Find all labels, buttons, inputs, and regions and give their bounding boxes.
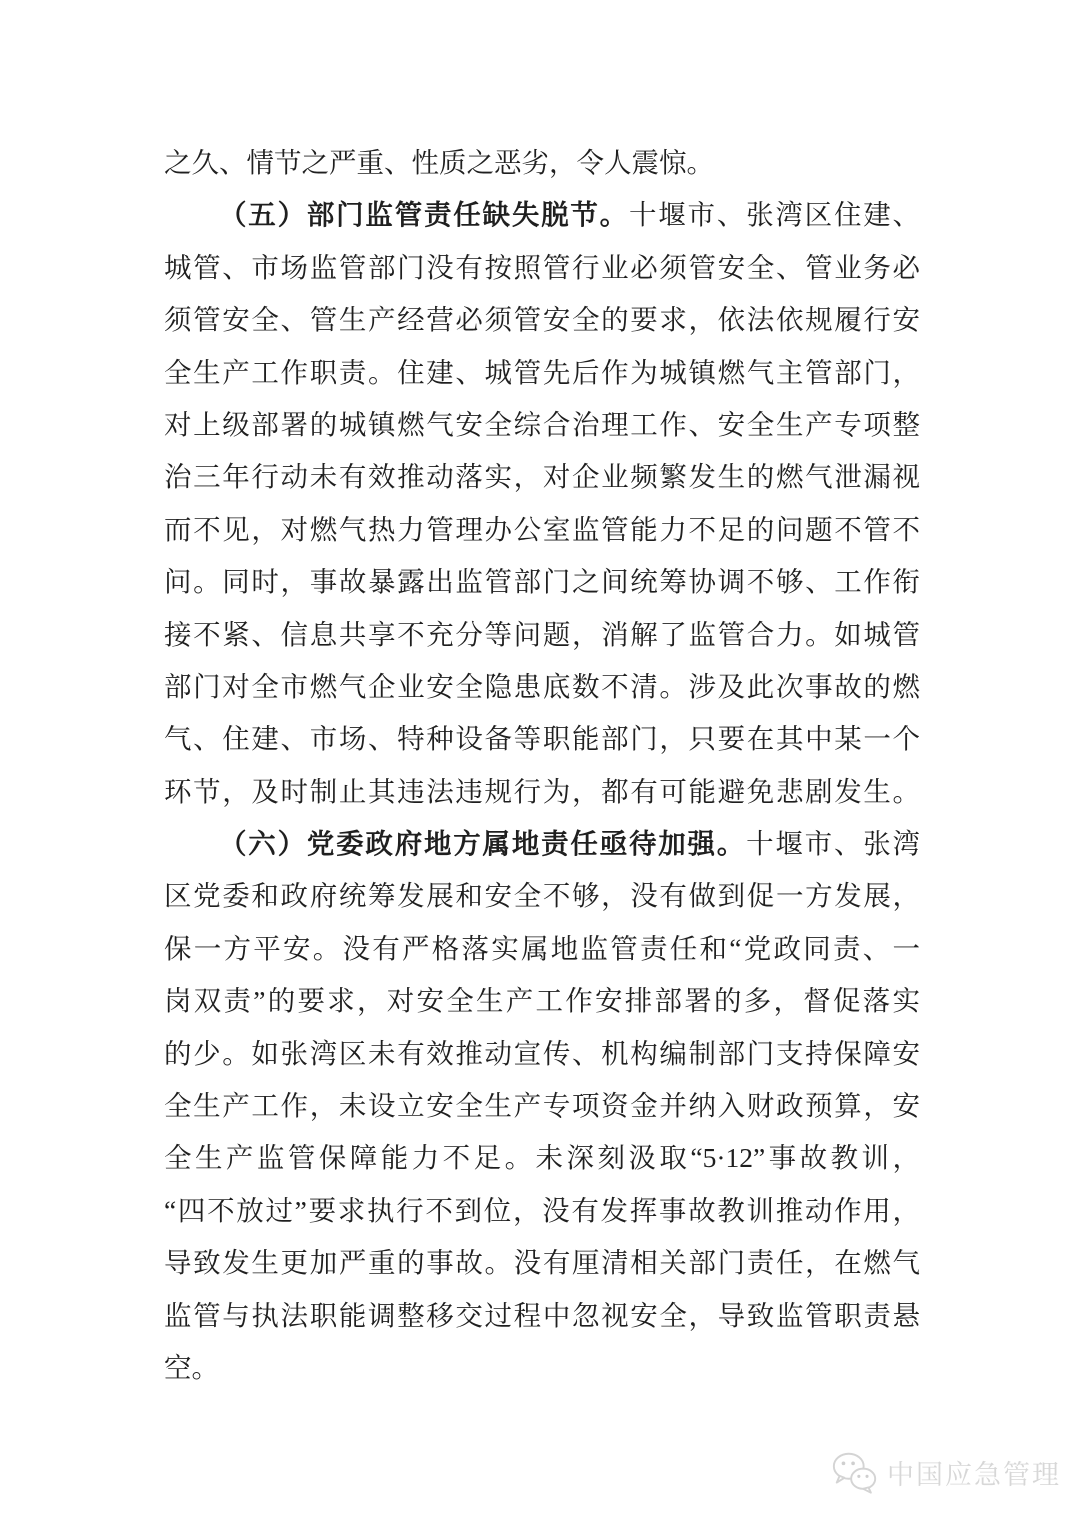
body-text: 导致发生更加严重的事故。没有厘清相关部门责任，在燃气 bbox=[164, 1247, 920, 1278]
text-line: 监管与执法职能调整移交过程中忽视安全，导致监管职责悬 bbox=[164, 1290, 920, 1342]
body-text: 问。同时，事故暴露出监管部门之间统筹协调不够、工作衔 bbox=[164, 566, 920, 597]
body-text: 环节，及时制止其违法违规行为，都有可能避免悲剧发生。 bbox=[164, 776, 920, 807]
body-text: 而不见，对燃气热力管理办公室监管能力不足的问题不管不 bbox=[164, 514, 920, 545]
body-text: 区党委和政府统筹发展和安全不够，没有做到促一方发展， bbox=[164, 880, 920, 911]
body-text: 对上级部署的城镇燃气安全综合治理工作、安全生产专项整 bbox=[164, 409, 920, 440]
document-body: 之久、情节之严重、性质之恶劣，令人震惊。（五）部门监管责任缺失脱节。十堰市、张湾… bbox=[164, 137, 920, 1394]
text-line: 保一方平安。没有严格落实属地监管责任和“党政同责、一 bbox=[164, 923, 920, 975]
section-heading-text: （五）部门监管责任缺失脱节。 bbox=[219, 199, 629, 230]
body-text: 治三年行动未有效推动落实，对企业频繁发生的燃气泄漏视 bbox=[164, 461, 920, 492]
text-line: （六）党委政府地方属地责任亟待加强。十堰市、张湾 bbox=[164, 818, 920, 870]
section-heading-text: （六）党委政府地方属地责任亟待加强。 bbox=[219, 828, 746, 859]
body-text: 城管、市场监管部门没有按照管行业必须管安全、管业务必 bbox=[164, 252, 920, 283]
body-text: 之久、情节之严重、性质之恶劣，令人震惊。 bbox=[164, 147, 714, 178]
text-line: 全生产工作，未设立安全生产专项资金并纳入财政预算，安 bbox=[164, 1080, 920, 1132]
text-line: （五）部门监管责任缺失脱节。十堰市、张湾区住建、 bbox=[164, 189, 920, 241]
body-text: 全生产工作，未设立安全生产专项资金并纳入财政预算，安 bbox=[164, 1090, 920, 1121]
wechat-logo-icon bbox=[830, 1449, 880, 1495]
body-text: 空。 bbox=[164, 1352, 219, 1383]
body-text: 全生产工作职责。住建、城管先后作为城镇燃气主管部门， bbox=[164, 357, 920, 388]
text-line: 城管、市场监管部门没有按照管行业必须管安全、管业务必 bbox=[164, 242, 920, 294]
body-text: “四不放过”要求执行不到位，没有发挥事故教训推动作用， bbox=[164, 1195, 920, 1226]
text-line: 须管安全、管生产经营必须管安全的要求，依法依规履行安 bbox=[164, 294, 920, 346]
document-page: 之久、情节之严重、性质之恶劣，令人震惊。（五）部门监管责任缺失脱节。十堰市、张湾… bbox=[0, 0, 1080, 1527]
body-text: 气、住建、市场、特种设备等职能部门，只要在其中某一个 bbox=[164, 723, 920, 754]
body-text: 须管安全、管生产经营必须管安全的要求，依法依规履行安 bbox=[164, 304, 920, 335]
text-line: 部门对全市燃气企业安全隐患底数不清。涉及此次事故的燃 bbox=[164, 661, 920, 713]
text-line: 接不紧、信息共享不充分等问题，消解了监管合力。如城管 bbox=[164, 609, 920, 661]
text-line: 导致发生更加严重的事故。没有厘清相关部门责任，在燃气 bbox=[164, 1237, 920, 1289]
body-text: 十堰市、张湾 bbox=[746, 828, 920, 859]
body-text: 全生产监管保障能力不足。未深刻汲取“5·12”事故教训， bbox=[164, 1142, 920, 1173]
text-line: 问。同时，事故暴露出监管部门之间统筹协调不够、工作衔 bbox=[164, 556, 920, 608]
body-text: 监管与执法职能调整移交过程中忽视安全，导致监管职责悬 bbox=[164, 1300, 920, 1331]
watermark: 中国应急管理 bbox=[830, 1446, 1061, 1498]
text-line: 气、住建、市场、特种设备等职能部门，只要在其中某一个 bbox=[164, 713, 920, 765]
text-line: 岗双责”的要求，对安全生产工作安排部署的多，督促落实 bbox=[164, 975, 920, 1027]
body-text: 部门对全市燃气企业安全隐患底数不清。涉及此次事故的燃 bbox=[164, 671, 920, 702]
text-line: 全生产监管保障能力不足。未深刻汲取“5·12”事故教训， bbox=[164, 1132, 920, 1184]
text-line: “四不放过”要求执行不到位，没有发挥事故教训推动作用， bbox=[164, 1185, 920, 1237]
body-text: 保一方平安。没有严格落实属地监管责任和“党政同责、一 bbox=[164, 933, 920, 964]
text-line: 环节，及时制止其违法违规行为，都有可能避免悲剧发生。 bbox=[164, 766, 920, 818]
body-text: 的少。如张湾区未有效推动宣传、机构编制部门支持保障安 bbox=[164, 1038, 920, 1069]
body-text: 岗双责”的要求，对安全生产工作安排部署的多，督促落实 bbox=[164, 985, 920, 1016]
text-line: 之久、情节之严重、性质之恶劣，令人震惊。 bbox=[164, 137, 920, 189]
text-line: 区党委和政府统筹发展和安全不够，没有做到促一方发展， bbox=[164, 870, 920, 922]
watermark-label: 中国应急管理 bbox=[887, 1453, 1061, 1492]
text-line: 全生产工作职责。住建、城管先后作为城镇燃气主管部门， bbox=[164, 347, 920, 399]
text-line: 治三年行动未有效推动落实，对企业频繁发生的燃气泄漏视 bbox=[164, 451, 920, 503]
text-line: 而不见，对燃气热力管理办公室监管能力不足的问题不管不 bbox=[164, 504, 920, 556]
text-line: 的少。如张湾区未有效推动宣传、机构编制部门支持保障安 bbox=[164, 1028, 920, 1080]
body-text: 接不紧、信息共享不充分等问题，消解了监管合力。如城管 bbox=[164, 619, 920, 650]
body-text: 十堰市、张湾区住建、 bbox=[629, 199, 920, 230]
text-line: 空。 bbox=[164, 1342, 920, 1394]
text-line: 对上级部署的城镇燃气安全综合治理工作、安全生产专项整 bbox=[164, 399, 920, 451]
